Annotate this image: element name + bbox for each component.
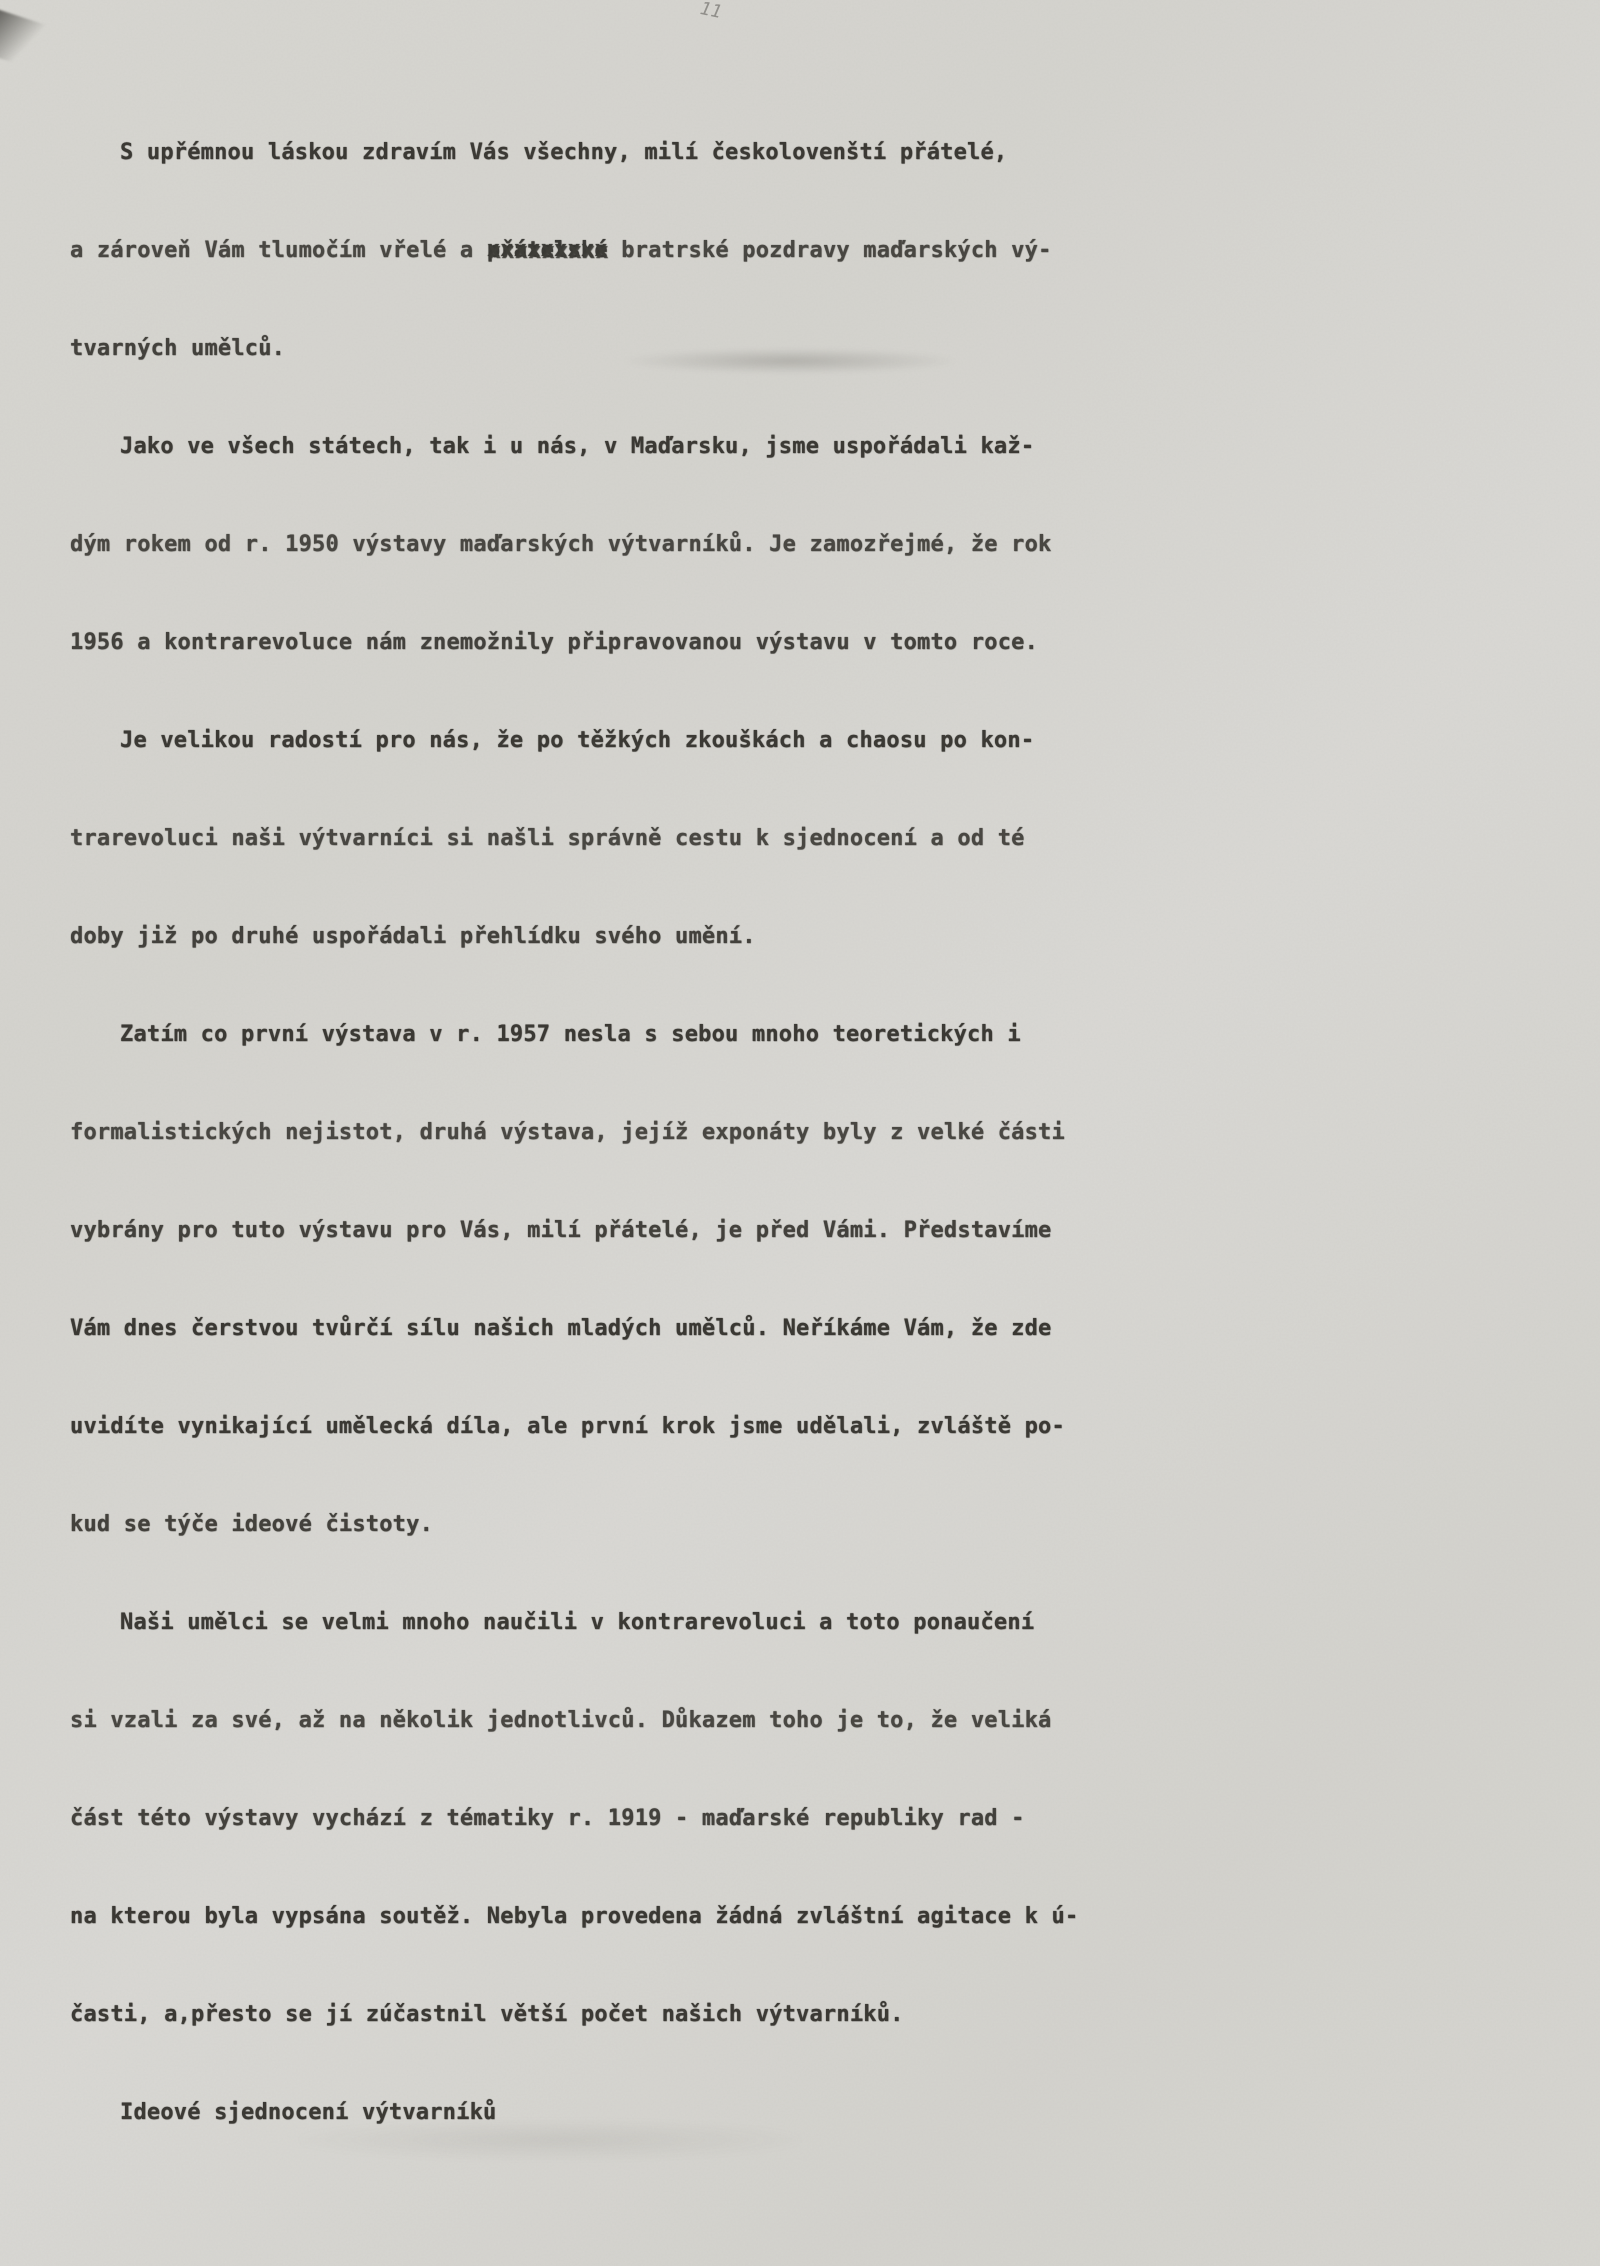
typewritten-line: časti, a,přesto se jí zúčastnil větší po… bbox=[70, 2002, 1150, 2100]
paragraph: Je velikou radostí pro nás, že po těžkýc… bbox=[70, 728, 1150, 1022]
typewritten-line: Ideové sjednocení výtvarníků bbox=[70, 2100, 1150, 2198]
paragraph: S upřémnou láskou zdravím Vás všechny, m… bbox=[70, 140, 1150, 434]
typewritten-line: Je velikou radostí pro nás, že po těžkýc… bbox=[70, 728, 1150, 826]
typewritten-line: si vzali za své, až na několik jednotliv… bbox=[70, 1708, 1150, 1806]
typewritten-line: doby již po druhé uspořádali přehlídku s… bbox=[70, 924, 1150, 1022]
paragraph: Ideové sjednocení výtvarníků bbox=[70, 2100, 1150, 2198]
typewritten-line: tvarných umělců. bbox=[70, 336, 1150, 434]
typewritten-line: Vám dnes čerstvou tvůrčí sílu našich mla… bbox=[70, 1316, 1150, 1414]
typewritten-line: část této výstavy vychází z tématiky r. … bbox=[70, 1806, 1150, 1904]
typewritten-line: S upřémnou láskou zdravím Vás všechny, m… bbox=[70, 140, 1150, 238]
scanned-page: 11 S upřémnou láskou zdravím Vás všechny… bbox=[0, 0, 1600, 2266]
paragraph: Naši umělci se velmi mnoho naučili v kon… bbox=[70, 1610, 1150, 2100]
typewritten-line: dým rokem od r. 1950 výstavy maďarských … bbox=[70, 532, 1150, 630]
pencil-corner-mark: 11 bbox=[698, 0, 724, 23]
typewritten-line: Zatím co první výstava v r. 1957 nesla s… bbox=[70, 1022, 1150, 1120]
struck-out-word: přátelskéxxxxxxxxxxxxxxxxxx bbox=[487, 238, 608, 263]
typewritten-line: uvidíte vynikající umělecká díla, ale pr… bbox=[70, 1414, 1150, 1512]
typewritten-line: kud se týče ideové čistoty. bbox=[70, 1512, 1150, 1610]
typewritten-line: vybrány pro tuto výstavu pro Vás, milí p… bbox=[70, 1218, 1150, 1316]
typewritten-line: Jako ve všech státech, tak i u nás, v Ma… bbox=[70, 434, 1150, 532]
paragraph: Jako ve všech státech, tak i u nás, v Ma… bbox=[70, 434, 1150, 728]
typewritten-line: formalistických nejistot, druhá výstava,… bbox=[70, 1120, 1150, 1218]
typewritten-line: 1956 a kontrarevoluce nám znemožnily při… bbox=[70, 630, 1150, 728]
typewritten-line: trarevoluci naši výtvarníci si našli spr… bbox=[70, 826, 1150, 924]
typewritten-line: a zároveň Vám tlumočím vřelé a přátelské… bbox=[70, 238, 1150, 336]
paragraph: Zatím co první výstava v r. 1957 nesla s… bbox=[70, 1022, 1150, 1610]
typewritten-line: na kterou byla vypsána soutěž. Nebyla pr… bbox=[70, 1904, 1150, 2002]
typewritten-line: Naši umělci se velmi mnoho naučili v kon… bbox=[70, 1610, 1150, 1708]
corner-ink-smudge bbox=[0, 8, 61, 73]
typewritten-text: S upřémnou láskou zdravím Vás všechny, m… bbox=[70, 140, 1150, 2198]
